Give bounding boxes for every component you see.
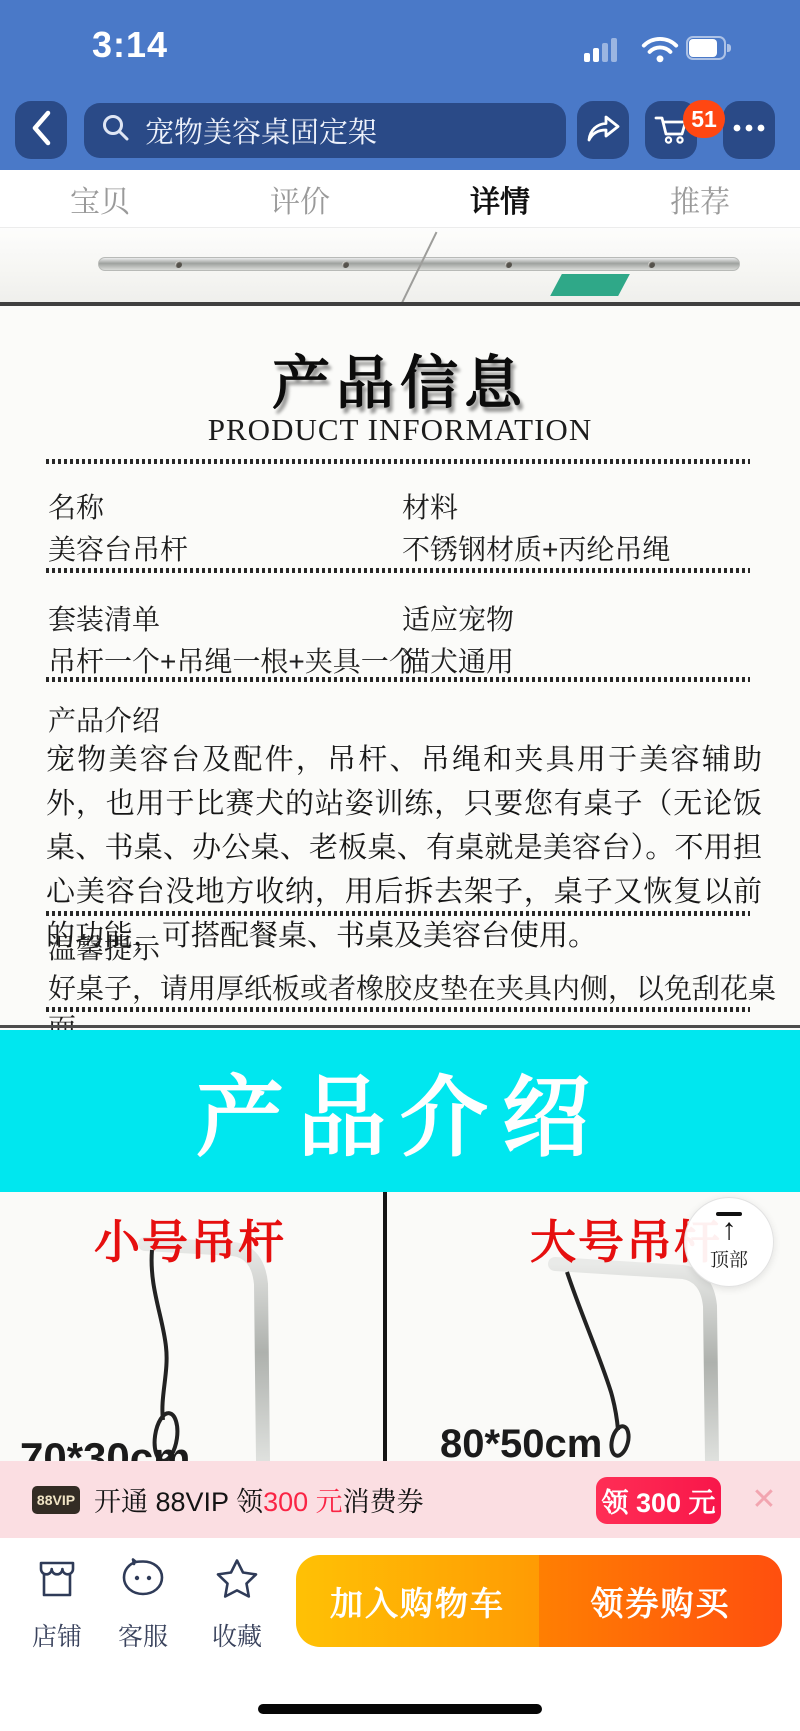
product-detail-screen: 3:14 宠物美容桌固定架 51 宝贝 评价 详情 推荐 <box>0 0 800 1731</box>
search-icon <box>100 112 132 149</box>
small-variant-size: 70*30cm <box>20 1434 190 1461</box>
cart-count-badge: 51 <box>683 100 725 138</box>
purchase-buttons: 加入购物车 领券购买 <box>296 1555 782 1647</box>
tab-item[interactable]: 宝贝 <box>0 170 200 227</box>
shop-label: 店铺 <box>32 1617 82 1653</box>
vip-amount-highlight: 300 元 <box>263 1487 343 1517</box>
cellular-signal-icon <box>584 36 632 62</box>
shop-button[interactable]: 店铺 <box>20 1558 94 1653</box>
field-material-label: 材料 <box>402 486 458 526</box>
share-arrow-icon <box>583 108 623 153</box>
customer-service-button[interactable]: 客服 <box>106 1558 180 1653</box>
coupon-buy-button[interactable]: 领券购买 <box>539 1555 782 1647</box>
tab-reviews[interactable]: 评价 <box>200 170 400 227</box>
product-photo-strip <box>0 228 800 302</box>
field-material-value: 不锈钢材质+丙纶吊绳 <box>402 528 670 568</box>
more-button[interactable] <box>723 101 775 159</box>
status-bar: 3:14 <box>0 0 800 90</box>
favorite-label: 收藏 <box>212 1617 262 1653</box>
bottom-action-bar: 店铺 客服 收藏 加入购物车 领券购买 <box>0 1538 800 1731</box>
green-clamp-image <box>550 274 630 296</box>
divider <box>0 1025 800 1028</box>
field-set-value: 吊杆一个+吊绳一根+夹具一个 <box>48 640 417 680</box>
intro-text: 宠物美容台及配件，吊杆、吊绳和夹具用于美容辅助外，也用于比赛犬的站姿训练，只要您… <box>46 738 762 958</box>
field-pet-label: 适应宠物 <box>402 598 514 638</box>
back-chevron-icon <box>28 108 54 153</box>
search-query-text: 宠物美容桌固定架 <box>145 110 377 151</box>
intro-label: 产品介绍 <box>48 699 160 739</box>
nav-header: 宠物美容桌固定架 <box>0 90 800 170</box>
tab-details[interactable]: 详情 <box>400 170 600 227</box>
field-pet-value: 猫犬通用 <box>402 640 514 680</box>
vip-promo-text: 开通 88VIP 领300 元消费券 <box>94 1480 424 1519</box>
chat-service-icon <box>120 1558 166 1605</box>
close-icon[interactable]: ✕ <box>744 1479 784 1519</box>
product-info-section: 产品信息 PRODUCT INFORMATION 名称 材料 美容台吊杆 不锈钢… <box>0 306 800 1030</box>
tips-label: 温馨提示 <box>48 927 160 967</box>
home-indicator[interactable] <box>258 1704 542 1714</box>
back-to-top-button[interactable]: ↑ 顶部 <box>684 1197 774 1287</box>
wifi-icon <box>640 34 680 69</box>
search-input[interactable]: 宠物美容桌固定架 <box>84 103 566 158</box>
tab-recommend[interactable]: 推荐 <box>600 170 800 227</box>
detail-tab-bar: 宝贝 评价 详情 推荐 <box>0 170 800 228</box>
variant-comparison-section: 小号吊杆 大号吊杆 70*30cm 80*50cm <box>0 1192 800 1461</box>
large-variant-size: 80*50cm <box>440 1422 602 1461</box>
field-name-value: 美容台吊杆 <box>48 528 188 568</box>
field-set-label: 套装清单 <box>48 598 160 638</box>
star-icon <box>214 1558 260 1605</box>
intro-banner-title: 产品介绍 <box>196 1048 604 1174</box>
section-title: 产品信息 <box>0 336 800 420</box>
storefront-icon <box>34 1558 80 1605</box>
share-button[interactable] <box>577 101 629 159</box>
battery-icon <box>686 36 732 60</box>
back-to-top-label: 顶部 <box>710 1245 748 1272</box>
favorite-button[interactable]: 收藏 <box>200 1558 274 1653</box>
customer-service-label: 客服 <box>118 1617 168 1653</box>
back-button[interactable] <box>15 101 67 159</box>
section-subtitle: PRODUCT INFORMATION <box>0 412 800 448</box>
field-name-label: 名称 <box>48 486 104 526</box>
add-to-cart-button[interactable]: 加入购物车 <box>296 1555 539 1647</box>
more-dots-icon <box>729 121 769 139</box>
claim-coupon-button[interactable]: 领 300 元 <box>596 1477 721 1524</box>
small-variant-title: 小号吊杆 <box>94 1206 286 1272</box>
clock: 3:14 <box>92 24 168 66</box>
vip-badge: 88VIP <box>32 1486 80 1514</box>
vip-promo-banner: 88VIP 开通 88VIP 领300 元消费券 领 300 元 ✕ <box>0 1461 800 1538</box>
intro-banner: 产品介绍 <box>0 1030 800 1192</box>
